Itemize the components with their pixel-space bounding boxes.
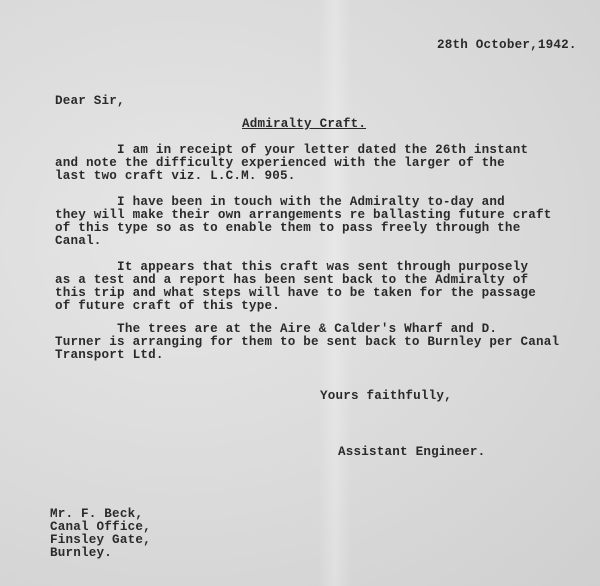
paragraph-line: The trees are at the Aire & Calder's Wha… [55,322,497,336]
paragraph-line: and note the difficulty experienced with… [55,156,505,170]
paragraph-line: this trip and what steps will have to be… [55,286,536,300]
paragraph-line: last two craft viz. L.C.M. 905. [55,169,295,183]
paragraph-line: Transport Ltd. [55,348,164,362]
address-line: Mr. F. Beck, [50,507,143,521]
paragraph-line: Canal. [55,234,102,248]
address-line: Canal Office, [50,520,151,534]
closing: Yours faithfully, [320,389,452,403]
paragraph-line: It appears that this craft was sent thro… [55,260,528,274]
paragraph-line: as a test and a report has been sent bac… [55,273,528,287]
paragraph-line: of this type so as to enable them to pas… [55,221,520,235]
paragraph-line: I have been in touch with the Admiralty … [55,195,505,209]
address-line: Finsley Gate, [50,533,151,547]
salutation: Dear Sir, [55,94,125,108]
paragraph-line: they will make their own arrangements re… [55,208,551,222]
signatory-title: Assistant Engineer. [338,445,485,459]
paragraph-line: I am in receipt of your letter dated the… [55,143,528,157]
address-line: Burnley. [50,546,112,560]
subject-heading: Admiralty Craft. [242,117,366,131]
letter-date: 28th October,1942. [437,38,577,52]
paragraph-line: of future craft of this type. [55,299,280,313]
letter-page: 28th October,1942. Dear Sir, Admiralty C… [0,0,600,586]
paragraph-line: Turner is arranging for them to be sent … [55,335,559,349]
